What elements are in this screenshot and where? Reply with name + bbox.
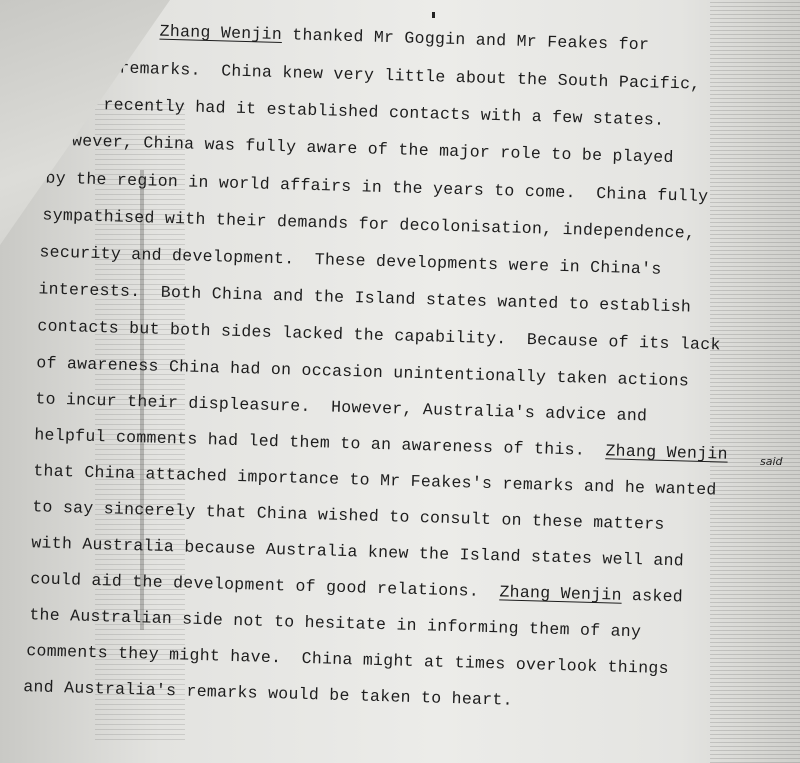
document-page: Zhang Wenjin thanked Mr Goggin and Mr Fe…: [0, 0, 800, 763]
ink-mark: [432, 12, 435, 18]
photocopy-streaks-right: [710, 0, 800, 763]
text-line-1: Zhang Wenjin thanked Mr Goggin and Mr Fe…: [159, 22, 649, 56]
handwritten-annotation: said: [760, 455, 783, 468]
text-line-2: ir remarks. China knew very little about…: [88, 58, 700, 95]
